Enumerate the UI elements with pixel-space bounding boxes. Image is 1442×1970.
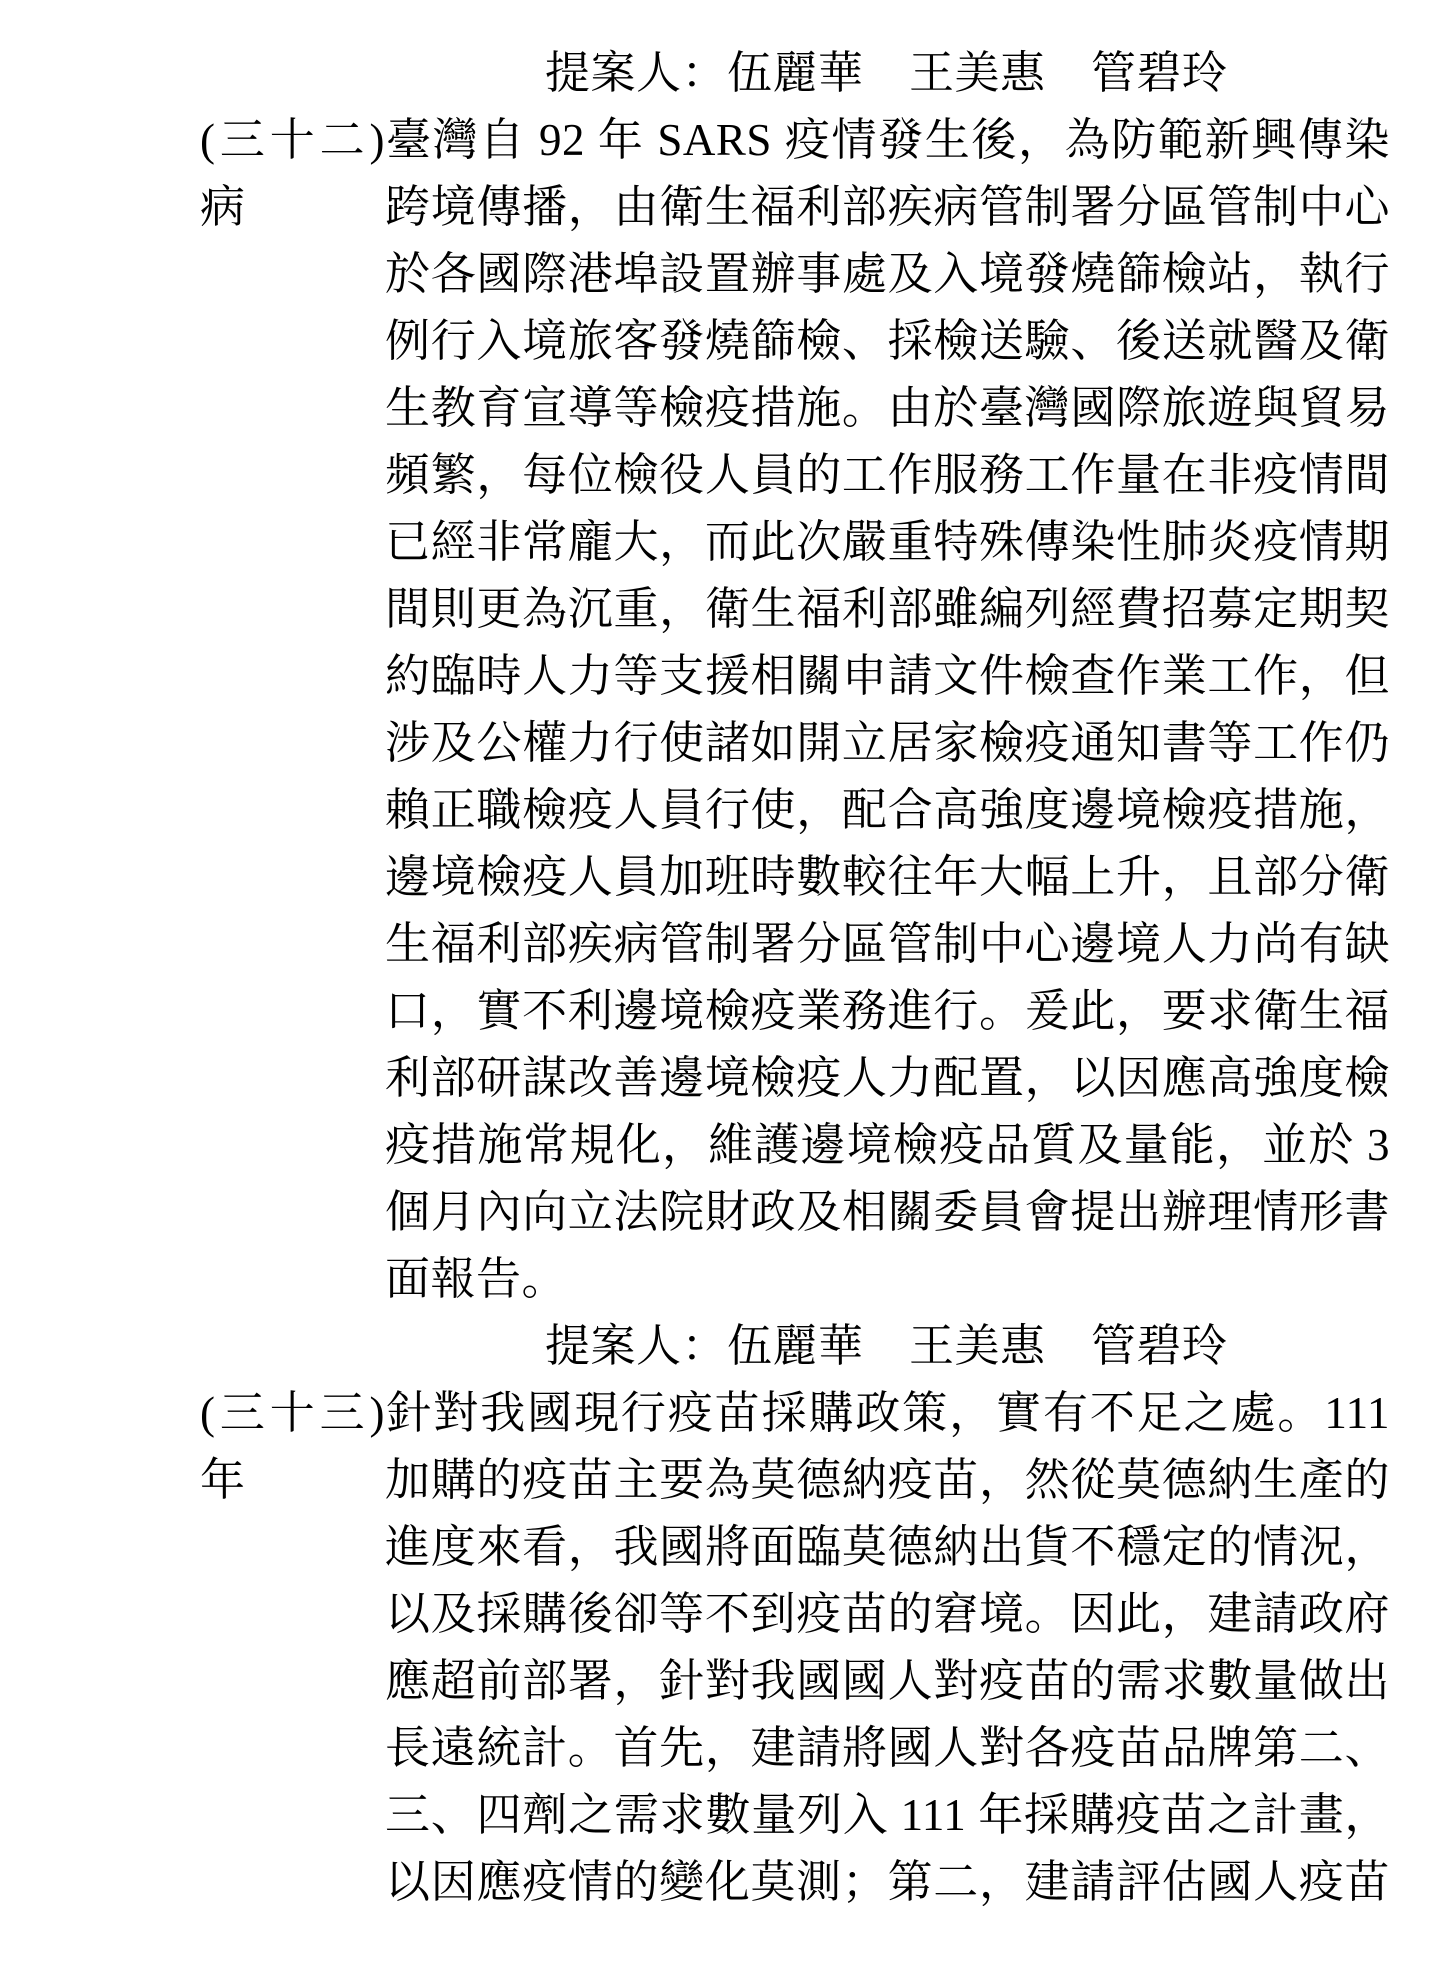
- text-line: 於各國際港埠設置辦事處及入境發燒篩檢站，執行: [385, 241, 1390, 308]
- text-line: 約臨時人力等支援相關申請文件檢查作業工作，但: [385, 643, 1390, 710]
- text-line: 生教育宣導等檢疫措施。由於臺灣國際旅遊與貿易: [385, 375, 1390, 442]
- text-line: 例行入境旅客發燒篩檢、採檢送驗、後送就醫及衛: [385, 308, 1390, 375]
- text-line: 疫措施常規化，維護邊境檢疫品質及量能，並於 3: [385, 1112, 1390, 1179]
- text-line: 已經非常龐大，而此次嚴重特殊傳染性肺炎疫情期: [385, 509, 1390, 576]
- item-continuation: 加購的疫苗主要為莫德納疫苗，然從莫德納生產的進度來看，我國將面臨莫德納出貨不穩定…: [385, 1447, 1390, 1916]
- item-paragraph: (三十二)臺灣自 92 年 SARS 疫情發生後，為防範新興傳染病跨境傳播，由衛…: [200, 107, 1390, 1313]
- text-line: 長遠統計。首先，建請將國人對各疫苗品牌第二、: [385, 1715, 1390, 1782]
- text-line: 口，實不利邊境檢疫業務進行。爰此，要求衛生福: [385, 978, 1390, 1045]
- item-continuation: 跨境傳播，由衛生福利部疾病管制署分區管制中心於各國際港埠設置辦事處及入境發燒篩檢…: [385, 174, 1390, 1313]
- text-line: (三十二)臺灣自 92 年 SARS 疫情發生後，為防範新興傳染病: [200, 107, 1390, 174]
- proposer-line: 提案人：伍麗華 王美惠 管碧玲: [545, 40, 1390, 107]
- text-line: 應超前部署，針對我國國人對疫苗的需求數量做出: [385, 1648, 1390, 1715]
- proposer-line: 提案人：伍麗華 王美惠 管碧玲: [545, 1313, 1390, 1380]
- item-paragraph: (三十三)針對我國現行疫苗採購政策，實有不足之處。111 年加購的疫苗主要為莫德…: [200, 1380, 1390, 1916]
- text-line: 以及採購後卻等不到疫苗的窘境。因此，建請政府: [385, 1581, 1390, 1648]
- text-line: 跨境傳播，由衛生福利部疾病管制署分區管制中心: [385, 174, 1390, 241]
- text-line: 以因應疫情的變化莫測；第二，建請評估國人疫苗: [385, 1849, 1390, 1916]
- text-line: 三、四劑之需求數量列入 111 年採購疫苗之計畫，: [385, 1782, 1390, 1849]
- text-line: 涉及公權力行使諸如開立居家檢疫通知書等工作仍: [385, 710, 1390, 777]
- text-line: 邊境檢疫人員加班時數較往年大幅上升，且部分衛: [385, 844, 1390, 911]
- text-line: 進度來看，我國將面臨莫德納出貨不穩定的情況，: [385, 1514, 1390, 1581]
- text-line: 利部研謀改善邊境檢疫人力配置，以因應高強度檢: [385, 1045, 1390, 1112]
- text-line: 個月內向立法院財政及相關委員會提出辦理情形書: [385, 1179, 1390, 1246]
- document-body: 提案人：伍麗華 王美惠 管碧玲(三十二)臺灣自 92 年 SARS 疫情發生後，…: [0, 0, 1390, 1916]
- item-number: (三十三): [200, 1380, 385, 1447]
- text-line: 生福利部疾病管制署分區管制中心邊境人力尚有缺: [385, 911, 1390, 978]
- text-line: 面報告。: [385, 1246, 1390, 1313]
- text-line: 頻繁，每位檢役人員的工作服務工作量在非疫情間: [385, 442, 1390, 509]
- item-number: (三十二): [200, 107, 385, 174]
- text-line: 間則更為沉重，衛生福利部雖編列經費招募定期契: [385, 576, 1390, 643]
- document-page: 提案人：伍麗華 王美惠 管碧玲(三十二)臺灣自 92 年 SARS 疫情發生後，…: [0, 0, 1442, 1970]
- text-line: (三十三)針對我國現行疫苗採購政策，實有不足之處。111 年: [200, 1380, 1390, 1447]
- text-line: 賴正職檢疫人員行使，配合高強度邊境檢疫措施，: [385, 777, 1390, 844]
- text-line: 加購的疫苗主要為莫德納疫苗，然從莫德納生產的: [385, 1447, 1390, 1514]
